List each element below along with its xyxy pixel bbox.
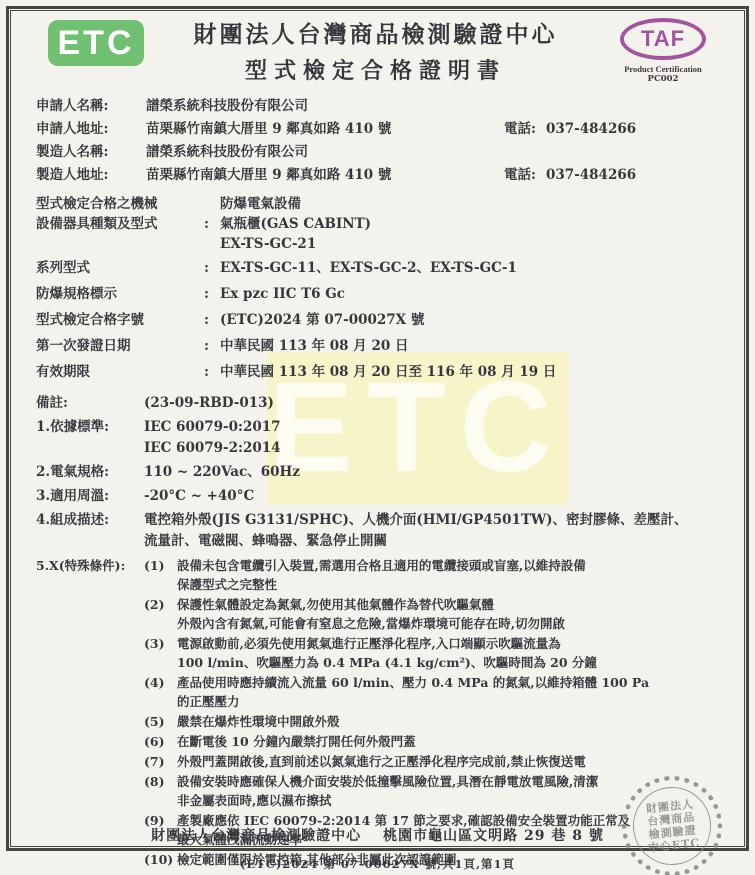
condition-number: (5) <box>144 712 177 731</box>
remark-row: 備註: (23-09-RBD-013) <box>36 393 719 414</box>
condition-text: 電源啟動前,必須先使用氮氣進行正壓淨化程序,入口端顯示吹驅流量為 100 l/m… <box>177 634 719 672</box>
field-label: 有效期限 <box>36 361 204 384</box>
field-label: 5.X(特殊條件): <box>36 556 144 870</box>
field-value: 電控箱外殼(JIS G3131/SPHC)、人機介面(HMI/GP4501TW)… <box>144 510 719 552</box>
condition-item: (5) 嚴禁在爆炸性環境中開啟外殼 <box>144 712 719 731</box>
field-value: (23-09-RBD-013) <box>144 393 719 414</box>
condition-number: (1) <box>144 556 177 594</box>
field-label: 製造人地址: <box>36 164 146 186</box>
field-value: 苗栗縣竹南鎮大厝里 9 鄰真如路 410 號 <box>146 118 504 140</box>
applicant-name-row: 申請人名稱: 譜榮系統科技股份有限公司 <box>36 95 719 117</box>
condition-number: (3) <box>144 634 177 672</box>
field-label: 系列型式 <box>36 257 204 280</box>
field-value: (ETC)2024 第 07-00027X 號 <box>220 309 719 332</box>
certificate-content: ETC 財團法人台灣商品檢測驗證中心 型式檢定合格證明書 TAF Product… <box>14 12 741 849</box>
etc-logo-icon: ETC <box>48 20 144 66</box>
condition-item: (1) 設備未包含電纜引入裝置,需選用合格且適用的電纜接頭或盲塞,以維持設備 保… <box>144 556 719 594</box>
label-line: 型式檢定合格之機械 <box>36 196 158 212</box>
field-value: 110 ~ 220Vac、60Hz <box>144 462 719 483</box>
field-label: 1.依據標準: <box>36 417 144 459</box>
condition-item: (6) 在斷電後 10 分鐘內嚴禁打開任何外殼門蓋 <box>144 732 719 751</box>
manufacturer-address-row: 製造人地址: 苗栗縣竹南鎮大厝里 9 鄰真如路 410 號 電話: 037-48… <box>36 164 719 186</box>
label-line: 設備器具種類及型式 <box>36 216 158 232</box>
field-value: 中華民國 113 年 08 月 20 日 <box>220 335 719 358</box>
condition-number: (8) <box>144 772 177 810</box>
condition-text: 在斷電後 10 分鐘內嚴禁打開任何外殼門蓋 <box>177 732 719 751</box>
certificate-number-row: 型式檢定合格字號 : (ETC)2024 第 07-00027X 號 <box>36 309 719 332</box>
condition-text: 設備未包含電纜引入裝置,需選用合格且適用的電纜接頭或盲塞,以維持設備 保護型式之… <box>177 556 719 594</box>
phone-value: 037-484266 <box>546 118 636 140</box>
applicant-section: 申請人名稱: 譜榮系統科技股份有限公司 申請人地址: 苗栗縣竹南鎮大厝里 9 鄰… <box>36 95 719 186</box>
applicant-address-row: 申請人地址: 苗栗縣竹南鎮大厝里 9 鄰真如路 410 號 電話: 037-48… <box>36 118 719 140</box>
field-label: 備註: <box>36 393 144 414</box>
taf-caption: Product Certification <box>607 64 719 74</box>
colon: : <box>204 257 220 280</box>
first-issue-date-row: 第一次發證日期 : 中華民國 113 年 08 月 20 日 <box>36 335 719 358</box>
condition-item: (7) 外殼門蓋開啟後,直到前述以氮氣進行之正壓淨化程序完成前,禁止恢復送電 <box>144 752 719 771</box>
certification-seal-text: 財團法人 台灣商品 檢測驗證 中心ETC <box>629 783 715 869</box>
field-value: 中華民國 113 年 08 月 20 日至 116 年 08 月 19 日 <box>220 361 719 384</box>
condition-item: (4) 產品使用時應持續流入流量 60 l/min、壓力 0.4 MPa 的氮氣… <box>144 673 719 711</box>
composition-row: 4.組成描述: 電控箱外殼(JIS G3131/SPHC)、人機介面(HMI/G… <box>36 510 719 552</box>
field-label: 2.電氣規格: <box>36 462 144 483</box>
field-value: -20°C ~ +40°C <box>144 486 719 507</box>
field-label: 申請人地址: <box>36 118 146 140</box>
field-value: IEC 60079-0:2017 IEC 60079-2:2014 <box>144 417 719 459</box>
document-title: 型式檢定合格證明書 <box>144 54 607 85</box>
field-value: 防爆電氣設備 氣瓶櫃(GAS CABINT) EX-TS-GC-21 <box>220 194 719 254</box>
colon: : <box>204 335 220 358</box>
taf-logo-icon: TAF <box>620 18 706 60</box>
field-label: 4.組成描述: <box>36 510 144 552</box>
notes-section: 備註: (23-09-RBD-013) 1.依據標準: IEC 60079-0:… <box>36 393 719 552</box>
field-label: 型式檢定合格之機械 設備器具種類及型式 <box>36 194 204 254</box>
condition-number: (6) <box>144 732 177 751</box>
taf-mark: TAF Product Certification PC002 <box>607 18 719 84</box>
condition-text: 外殼門蓋開啟後,直到前述以氮氣進行之正壓淨化程序完成前,禁止恢復送電 <box>177 752 719 771</box>
standards-row: 1.依據標準: IEC 60079-0:2017 IEC 60079-2:201… <box>36 417 719 459</box>
title-block: 財團法人台灣商品檢測驗證中心 型式檢定合格證明書 <box>144 16 607 85</box>
field-value: 譜榮系統科技股份有限公司 <box>146 95 719 117</box>
manufacturer-name-row: 製造人名稱: 譜榮系統科技股份有限公司 <box>36 141 719 163</box>
colon: : <box>204 214 220 254</box>
org-name: 財團法人台灣商品檢測驗證中心 <box>144 16 607 49</box>
field-label: 申請人名稱: <box>36 95 146 117</box>
ambient-temp-row: 3.適用周溫: -20°C ~ +40°C <box>36 486 719 507</box>
value-line: 氣瓶櫃(GAS CABINT) <box>220 216 371 232</box>
field-value: EX-TS-GC-11、EX-TS-GC-2、EX-TS-GC-1 <box>220 257 719 280</box>
taf-code: PC002 <box>607 74 719 84</box>
spec-section: 型式檢定合格之機械 設備器具種類及型式 : 防爆電氣設備 氣瓶櫃(GAS CAB… <box>36 194 719 384</box>
condition-item: (3) 電源啟動前,必須先使用氮氣進行正壓淨化程序,入口端顯示吹驅流量為 100… <box>144 634 719 672</box>
field-label: 型式檢定合格字號 <box>36 309 204 332</box>
phone-field: 電話: 037-484266 <box>504 118 719 140</box>
phone-label: 電話: <box>504 164 536 186</box>
machine-type-row: 型式檢定合格之機械 設備器具種類及型式 : 防爆電氣設備 氣瓶櫃(GAS CAB… <box>36 194 719 254</box>
field-value: 苗栗縣竹南鎮大厝里 9 鄰真如路 410 號 <box>146 164 504 186</box>
condition-text: 產品使用時應持續流入流量 60 l/min、壓力 0.4 MPa 的氮氣,以維持… <box>177 673 719 711</box>
field-label: 3.適用周溫: <box>36 486 144 507</box>
colon: : <box>204 361 220 384</box>
field-label: 第一次發證日期 <box>36 335 204 358</box>
condition-number: (2) <box>144 595 177 633</box>
certificate-page: ETC ETC 財團法人台灣商品檢測驗證中心 型式檢定合格證明書 TAF Pro… <box>0 0 755 875</box>
special-conditions-section: 5.X(特殊條件): (1) 設備未包含電纜引入裝置,需選用合格且適用的電纜接頭… <box>36 556 719 870</box>
condition-item: (2) 保護性氣體設定為氮氣,勿使用其他氣體作為替代吹驅氣體 外殼內含有氮氣,可… <box>144 595 719 633</box>
condition-number: (7) <box>144 752 177 771</box>
field-label: 製造人名稱: <box>36 141 146 163</box>
electrical-spec-row: 2.電氣規格: 110 ~ 220Vac、60Hz <box>36 462 719 483</box>
phone-field: 電話: 037-484266 <box>504 164 719 186</box>
value-line: EX-TS-GC-21 <box>220 236 316 252</box>
issuer-org: 財團法人台灣商品檢測驗證中心 <box>151 825 361 845</box>
header: ETC 財團法人台灣商品檢測驗證中心 型式檢定合格證明書 TAF Product… <box>36 16 719 85</box>
field-value: Ex pzc IIC T6 Gc <box>220 283 719 306</box>
phone-value: 037-484266 <box>546 164 636 186</box>
field-value: 譜榮系統科技股份有限公司 <box>146 141 719 163</box>
ex-marking-row: 防爆規格標示 : Ex pzc IIC T6 Gc <box>36 283 719 306</box>
colon: : <box>204 283 220 306</box>
condition-number: (4) <box>144 673 177 711</box>
condition-text: 嚴禁在爆炸性環境中開啟外殼 <box>177 712 719 731</box>
condition-text: 保護性氣體設定為氮氣,勿使用其他氣體作為替代吹驅氣體 外殼內含有氮氣,可能會有窒… <box>177 595 719 633</box>
phone-label: 電話: <box>504 118 536 140</box>
series-model-row: 系列型式 : EX-TS-GC-11、EX-TS-GC-2、EX-TS-GC-1 <box>36 257 719 280</box>
validity-period-row: 有效期限 : 中華民國 113 年 08 月 20 日至 116 年 08 月 … <box>36 361 719 384</box>
colon: : <box>204 309 220 332</box>
field-label: 防爆規格標示 <box>36 283 204 306</box>
value-line: 防爆電氣設備 <box>220 196 301 212</box>
issuer-address: 桃園市龜山區文明路 29 巷 8 號 <box>383 825 604 845</box>
